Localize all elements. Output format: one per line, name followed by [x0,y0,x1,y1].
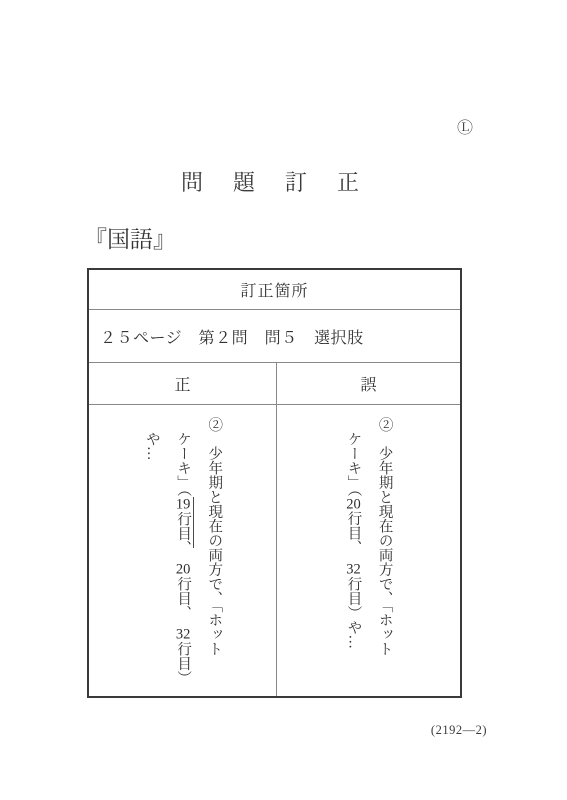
error-line1: ② 少年期と現在の両方で、「ホット [377,417,393,656]
footer-page-code: (2192—2) [431,723,487,738]
correct-line3: や… [144,417,160,461]
correction-location-header: 訂正箇所 [240,278,308,301]
tcy-number-32: 32 [175,627,191,642]
correct-line2-mid: 行目、 [175,577,191,628]
error-line2-pre: ケーキ」（ [346,417,362,497]
tcy-number-20b: 20 [346,497,362,512]
column-labels-row: 正 誤 [89,363,460,405]
location-text: ２５ページ 第２問 問５ 選択肢 [100,325,364,348]
sideline-emphasis: 19行目、 [175,497,194,548]
error-label: 誤 [360,372,376,395]
correct-line2-gap [175,548,191,563]
error-line2-mid: 行目、 [346,511,362,562]
scanned-document-page: Ⓛ 問 題 訂 正 『国語』 訂正箇所 ２５ページ 第２問 問５ 選択肢 正 誤… [0,0,567,800]
content-row: ② 少年期と現在の両方で、「ホット ケーキ」（19行目、 20行目、 32行目）… [89,405,460,696]
error-vertical-text: ② 少年期と現在の両方で、「ホット ケーキ」（20行目、 32行目）や… [337,417,399,696]
tcy-number-32b: 32 [346,562,362,577]
error-line2-post: 行目）や… [346,577,362,650]
tcy-number-20: 20 [175,562,191,577]
table-header-row: 訂正箇所 [89,270,460,310]
tcy-number-19: 19 [175,497,191,512]
error-content-cell: ② 少年期と現在の両方で、「ホット ケーキ」（20行目、 32行目）や… [277,405,460,696]
location-row: ２５ページ 第２問 問５ 選択肢 [89,310,460,363]
subject-title: 『国語』 [84,221,176,254]
correct-line1: ② 少年期と現在の両方で、「ホット [206,417,222,656]
correction-table: 訂正箇所 ２５ページ 第２問 問５ 選択肢 正 誤 ② 少年期と現在の両方で、「… [87,268,462,698]
page-title: 問 題 訂 正 [181,166,363,197]
error-label-cell: 誤 [277,363,460,404]
correct-label: 正 [174,372,190,395]
correct-line2-pre: ケーキ」（ [175,417,191,497]
correct-label-cell: 正 [89,363,277,404]
circled-l-mark: Ⓛ [457,115,473,138]
correct-content-cell: ② 少年期と現在の両方で、「ホット ケーキ」（19行目、 20行目、 32行目）… [89,405,277,696]
correct-line2-underlined: 行目、 [175,511,191,547]
correct-line2-post: 行目） [175,642,191,686]
correct-vertical-text: ② 少年期と現在の両方で、「ホット ケーキ」（19行目、 20行目、 32行目）… [136,417,230,696]
